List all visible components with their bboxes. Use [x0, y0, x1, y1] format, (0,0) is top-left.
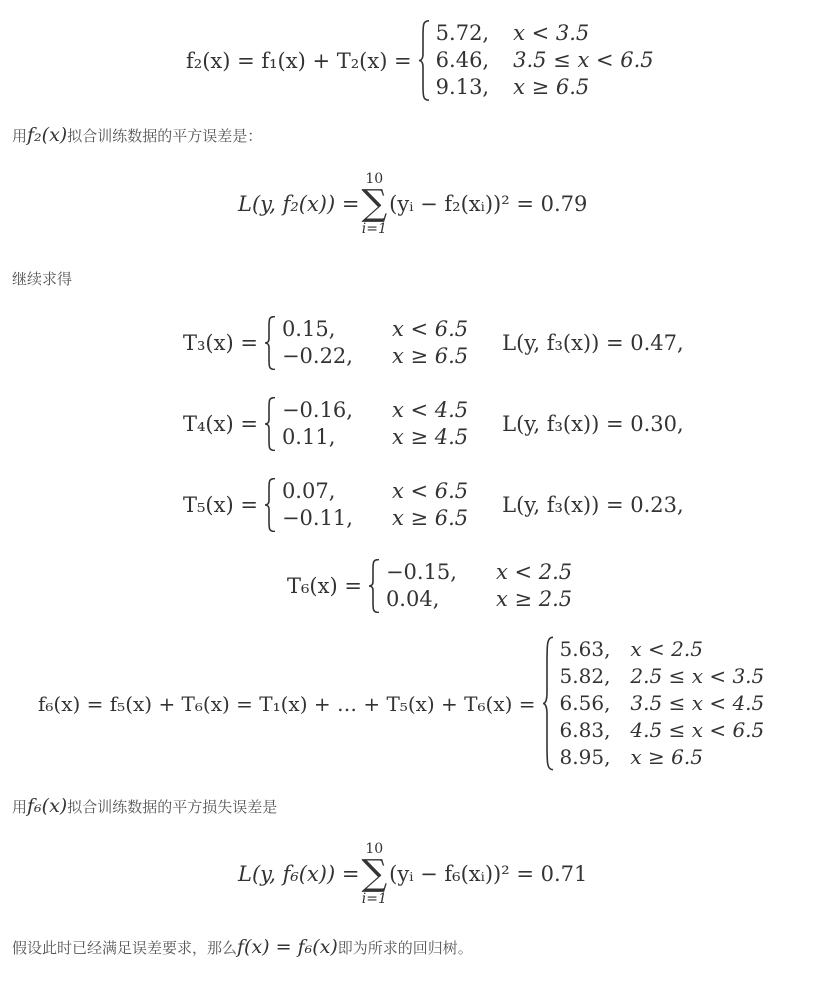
case-condition: 4.5 ≤ x < 6.5: [630, 717, 764, 744]
case-condition: x < 2.5: [496, 559, 572, 586]
case-condition: x < 6.5: [392, 316, 468, 343]
case-condition: 2.5 ≤ x < 3.5: [630, 663, 764, 690]
case-condition: x ≥ 6.5: [513, 74, 654, 101]
case-condition: x < 6.5: [392, 478, 468, 505]
summation: 10 ∑ i=1: [361, 842, 387, 906]
case-value: 5.63,: [560, 636, 611, 663]
tree-loss: L(y, f₃(x)) = 0.23,: [502, 493, 684, 517]
text-suffix: 即为所求的回归树。: [338, 939, 473, 957]
case-value: −0.15,: [386, 559, 472, 586]
case-value: 5.82,: [560, 663, 611, 690]
tree-name: T₃(x) =: [183, 331, 258, 355]
case-value: 0.04,: [386, 586, 472, 613]
equation-f6: f₆(x) = f₅(x) + T₆(x) = T₁(x) + … + T₅(x…: [38, 636, 764, 771]
paragraph-continue: 继续求得: [12, 268, 72, 289]
tree-t5: T₅(x) = 0.07,x < 6.5 −0.11,x ≥ 6.5 L(y, …: [183, 478, 684, 532]
tree-loss: L(y, f₃(x)) = 0.30,: [502, 412, 684, 436]
summation: 10 ∑ i=1: [361, 172, 387, 236]
paragraph-fit-f6: 用f₆(x)拟合训练数据的平方损失误差是: [12, 795, 277, 817]
loss-body: (yᵢ − f₂(xᵢ))² = 0.79: [389, 192, 587, 216]
tree-t4: T₄(x) = −0.16,x < 4.5 0.11,x ≥ 4.5 L(y, …: [183, 397, 684, 451]
loss-f2-equation: L(y, f₂(x)) = 10 ∑ i=1 (yᵢ − f₂(xᵢ))² = …: [238, 172, 587, 236]
equation-f2-lhs: f₂(x) = f₁(x) + T₂(x) =: [186, 49, 412, 73]
case-value: 9.13,: [436, 74, 489, 101]
case-condition: 3.5 ≤ x < 6.5: [513, 47, 654, 74]
tree-name: T₆(x) =: [287, 574, 362, 598]
case-value: 6.56,: [560, 690, 611, 717]
text-suffix: 拟合训练数据的平方损失误差是: [67, 798, 277, 816]
tree-name: T₄(x) =: [183, 412, 258, 436]
paragraph-fit-f2: 用f₂(x)拟合训练数据的平方误差是：: [12, 124, 262, 146]
sigma-icon: ∑: [361, 856, 387, 892]
loss-lhs: L(y, f₂(x)) =: [238, 192, 359, 216]
case-value: 0.11,: [282, 424, 368, 451]
loss-body: (yᵢ − f₆(xᵢ))² = 0.71: [389, 862, 587, 886]
case-condition: x ≥ 2.5: [496, 586, 572, 613]
case-condition: x ≥ 4.5: [392, 424, 468, 451]
text-suffix: 拟合训练数据的平方误差是：: [67, 127, 262, 145]
left-brace-icon: [418, 20, 430, 101]
case-condition: x ≥ 6.5: [392, 505, 468, 532]
equation-f2: f₂(x) = f₁(x) + T₂(x) = 5.72,x < 3.5 6.4…: [186, 20, 654, 101]
sum-lower-limit: i=1: [362, 222, 387, 236]
case-condition: x ≥ 6.5: [630, 744, 764, 771]
case-condition: x < 3.5: [513, 20, 654, 47]
case-condition: 3.5 ≤ x < 4.5: [630, 690, 764, 717]
case-value: 0.15,: [282, 316, 368, 343]
text-prefix: 用: [12, 798, 27, 816]
equation-f6-lhs: f₆(x) = f₅(x) + T₆(x) = T₁(x) + … + T₅(x…: [38, 692, 536, 716]
inline-math: f(x) = f₆(x): [237, 936, 338, 958]
case-condition: x < 4.5: [392, 397, 468, 424]
case-condition: x ≥ 6.5: [392, 343, 468, 370]
loss-f6-equation: L(y, f₆(x)) = 10 ∑ i=1 (yᵢ − f₆(xᵢ))² = …: [238, 842, 587, 906]
left-brace-icon: [368, 559, 380, 613]
inline-math: f₆(x): [27, 795, 67, 817]
tree-t6: T₆(x) = −0.15,x < 2.5 0.04,x ≥ 2.5: [287, 559, 572, 613]
left-brace-icon: [542, 636, 554, 771]
case-condition: x < 2.5: [630, 636, 764, 663]
case-value: 6.83,: [560, 717, 611, 744]
case-value: 8.95,: [560, 744, 611, 771]
case-value: 6.46,: [436, 47, 489, 74]
tree-loss: L(y, f₃(x)) = 0.47,: [502, 331, 684, 355]
text-prefix: 假设此时已经满足误差要求，那么: [12, 939, 237, 957]
left-brace-icon: [264, 397, 276, 451]
tree-name: T₅(x) =: [183, 493, 258, 517]
loss-lhs: L(y, f₆(x)) =: [238, 862, 359, 886]
text-prefix: 用: [12, 127, 27, 145]
case-value: 0.07,: [282, 478, 368, 505]
sigma-icon: ∑: [361, 186, 387, 222]
sum-lower-limit: i=1: [362, 892, 387, 906]
inline-math: f₂(x): [27, 124, 67, 146]
case-value: −0.16,: [282, 397, 368, 424]
left-brace-icon: [264, 478, 276, 532]
case-value: −0.11,: [282, 505, 368, 532]
tree-t3: T₃(x) = 0.15,x < 6.5 −0.22,x ≥ 6.5 L(y, …: [183, 316, 684, 370]
case-value: 5.72,: [436, 20, 489, 47]
paragraph-conclusion: 假设此时已经满足误差要求，那么f(x) = f₆(x)即为所求的回归树。: [12, 936, 473, 958]
left-brace-icon: [264, 316, 276, 370]
cases-f2: 5.72,x < 3.5 6.46,3.5 ≤ x < 6.5 9.13,x ≥…: [418, 20, 654, 101]
case-value: −0.22,: [282, 343, 368, 370]
